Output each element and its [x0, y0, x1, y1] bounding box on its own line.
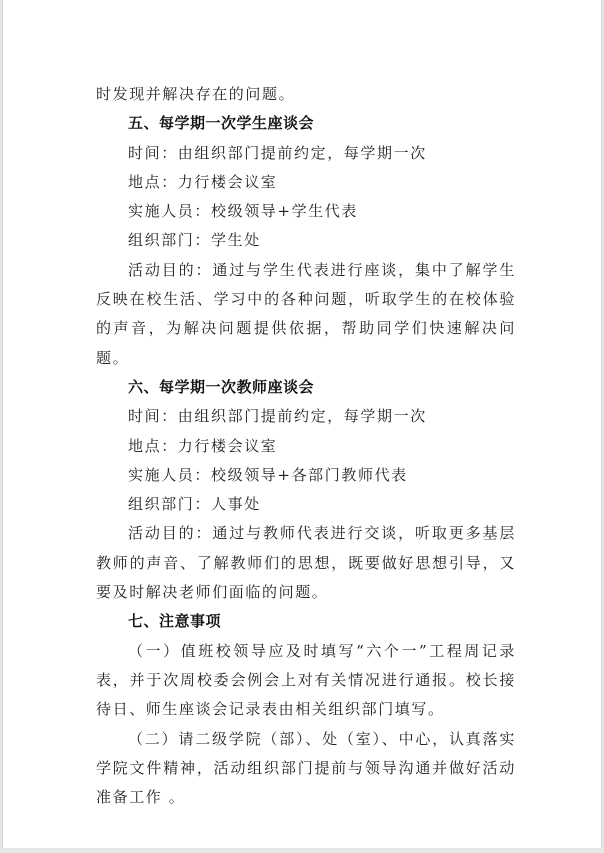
s5-place: 地点：力行楼会议室	[96, 168, 516, 197]
section-heading-7: 七、注意事项	[96, 607, 516, 636]
s6-place: 地点：力行楼会议室	[96, 432, 516, 461]
s5-people: 实施人员：校级领导+学生代表	[96, 197, 516, 226]
document-body: 时发现并解决存在的问题。 五、每学期一次学生座谈会 时间：由组织部门提前约定，每…	[96, 80, 516, 812]
section-heading-5: 五、每学期一次学生座谈会	[96, 109, 516, 138]
s6-people: 实施人员：校级领导+各部门教师代表	[96, 461, 516, 490]
s5-dept: 组织部门：学生处	[96, 226, 516, 255]
s7-item-1: （一）值班校领导应及时填写“六个一”工程周记录表，并于次周校委会例会上对有关情况…	[96, 637, 516, 725]
s6-purpose: 活动目的：通过与教师代表进行交谈，听取更多基层教师的声音、了解教师们的思想，既要…	[96, 519, 516, 607]
document-page: 时发现并解决存在的问题。 五、每学期一次学生座谈会 时间：由组织部门提前约定，每…	[2, 0, 602, 848]
s5-purpose: 活动目的：通过与学生代表进行座谈，集中了解学生反映在校生活、学习中的各种问题，听…	[96, 256, 516, 373]
s5-time: 时间：由组织部门提前约定，每学期一次	[96, 139, 516, 168]
paragraph-continuation: 时发现并解决存在的问题。	[96, 80, 516, 109]
s7-item-2: （二）请二级学院（部）、处（室）、中心，认真落实学院文件精神，活动组织部门提前与…	[96, 725, 516, 813]
s6-dept: 组织部门：人事处	[96, 490, 516, 519]
s6-time: 时间：由组织部门提前约定，每学期一次	[96, 402, 516, 431]
section-heading-6: 六、每学期一次教师座谈会	[96, 373, 516, 402]
